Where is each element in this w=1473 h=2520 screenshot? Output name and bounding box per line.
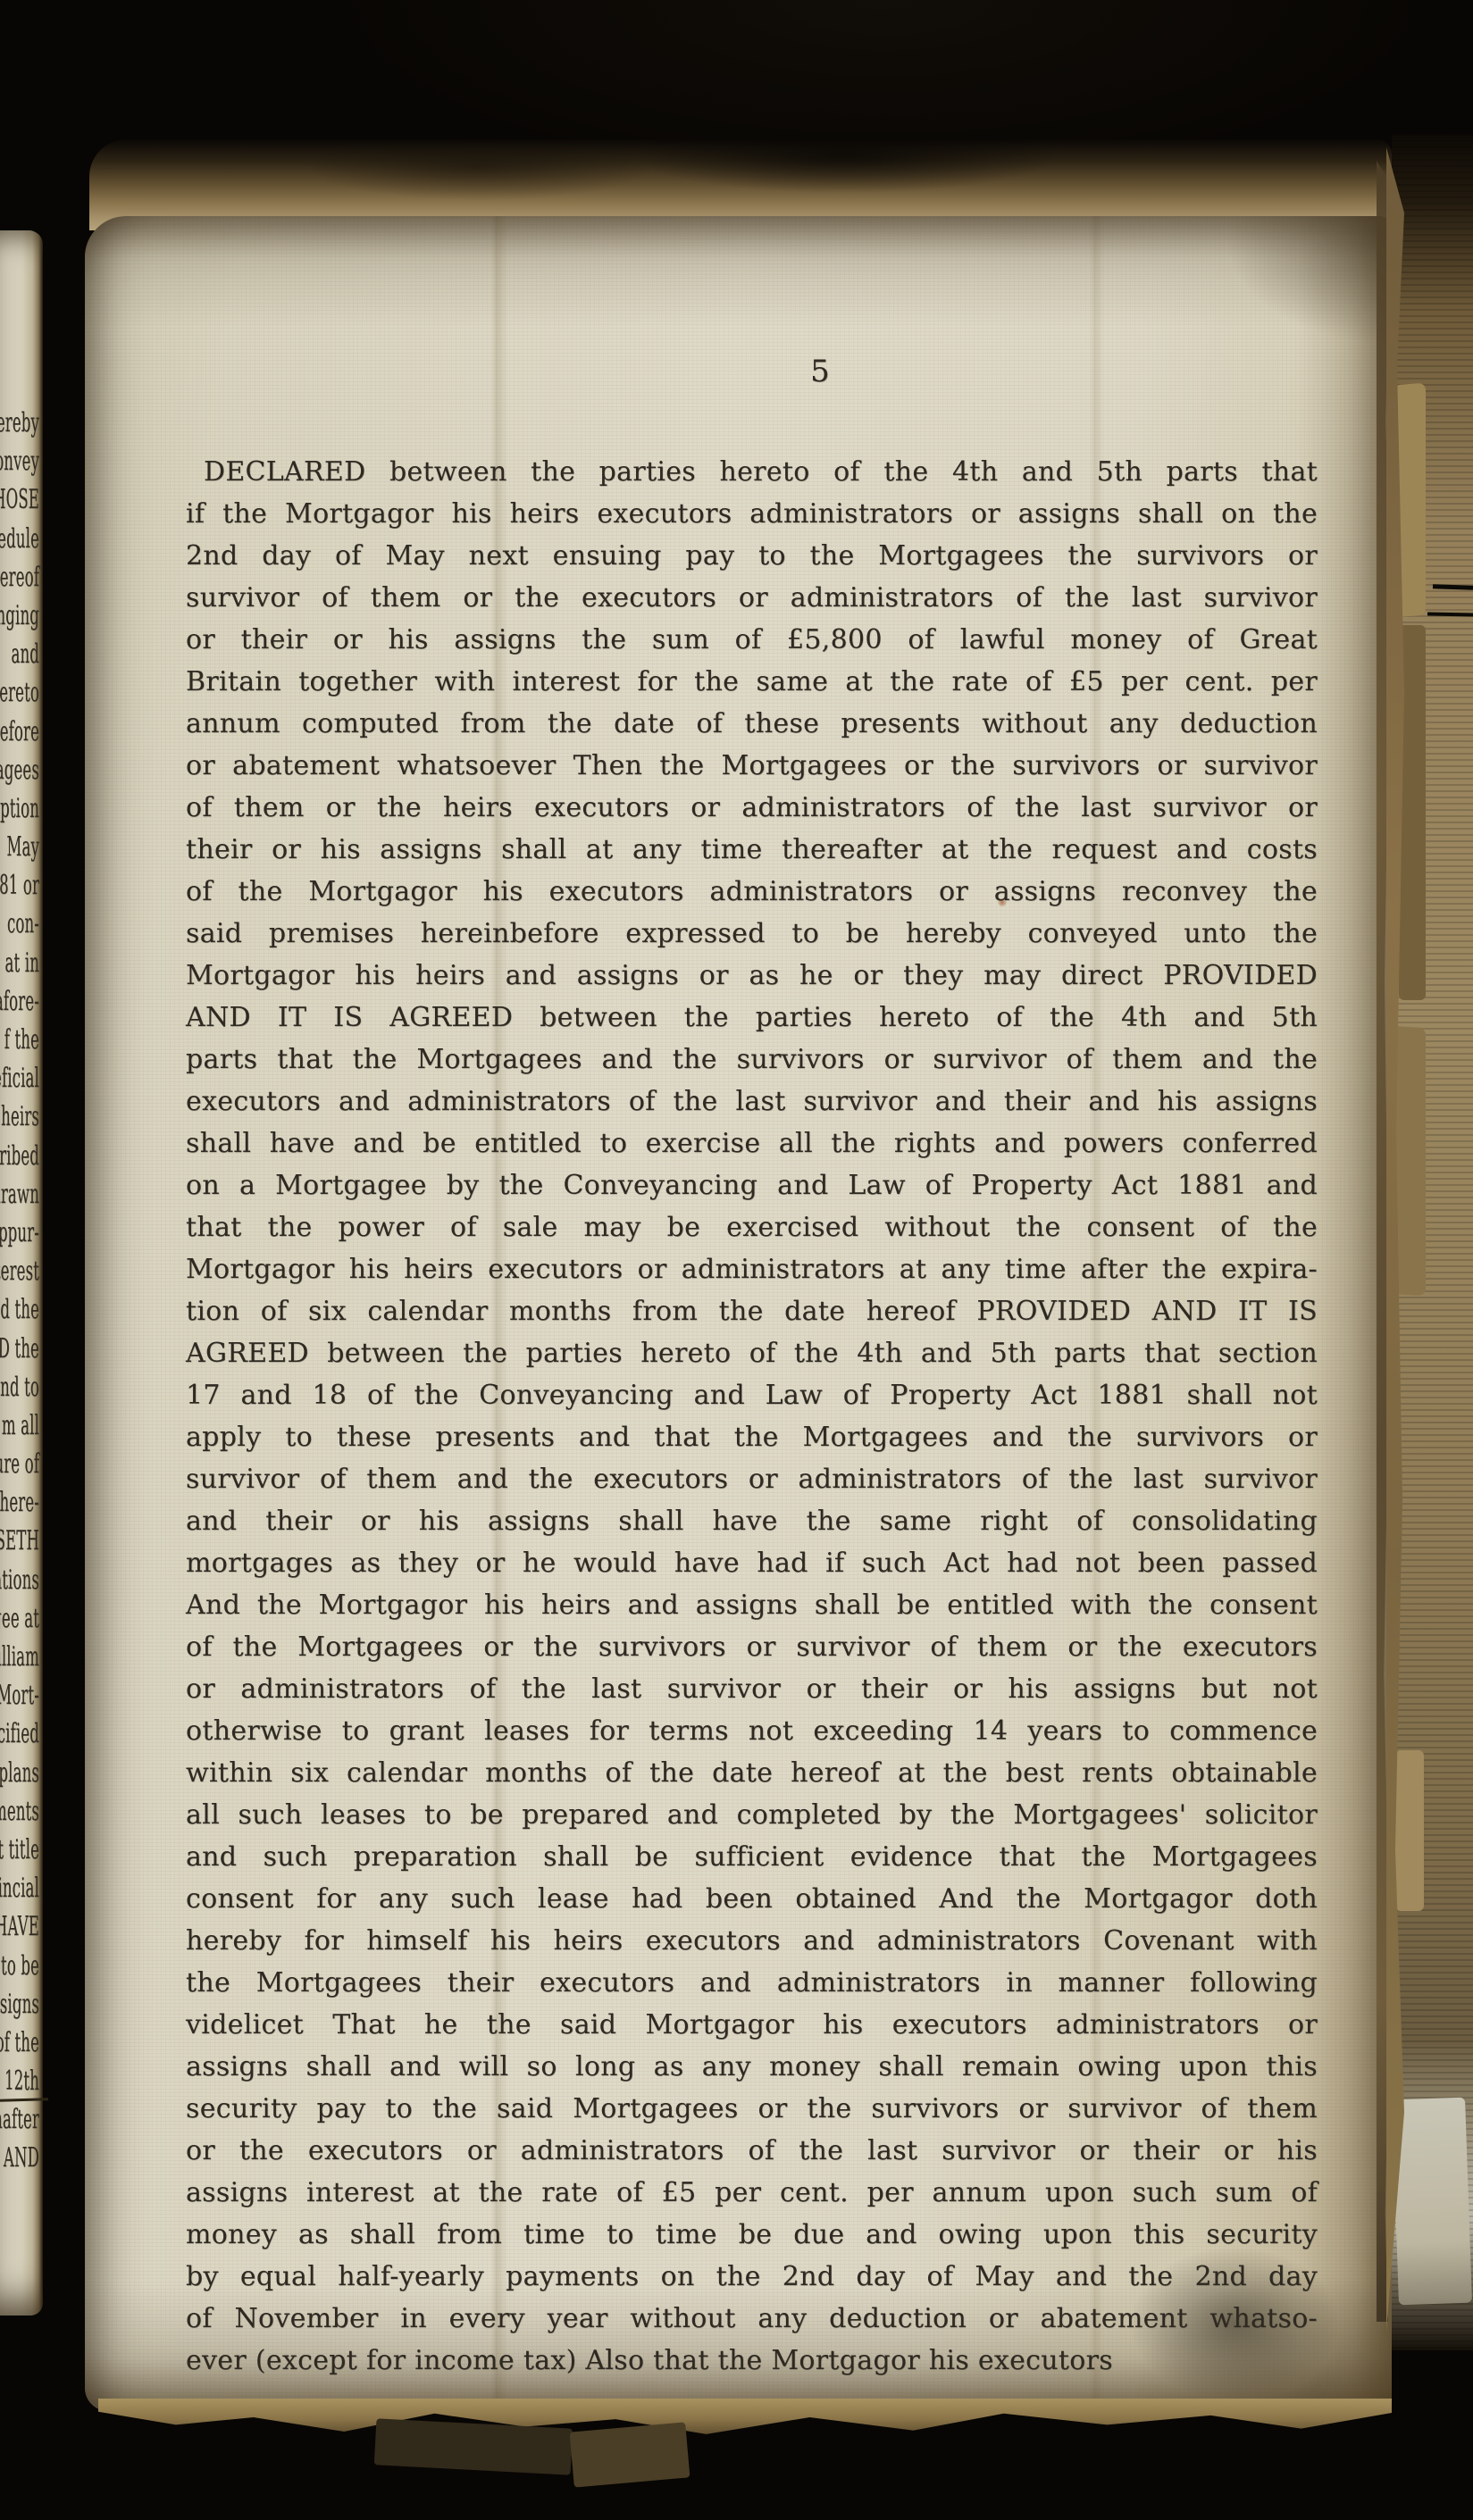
text-fragment-line: gee at [0,1599,39,1638]
text-line: or abatement whatsoever Then the Mortgag… [186,745,1318,787]
text-fragment-line: of the [0,2024,39,2062]
torn-paper-flap [374,2418,573,2474]
text-line: if the Mortgagor his heirs executors adm… [186,493,1318,535]
text-line: AGREED between the parties hereto of the… [186,1332,1318,1374]
text-line: consent for any such lease had been obta… [186,1878,1318,1920]
text-line: the Mortgagees their executors and admin… [186,1962,1318,2004]
text-line: AND IT IS AGREED between the parties her… [186,997,1318,1039]
text-fragment-line: eficial [0,1059,39,1097]
text-line: and their or his assigns shall have the … [186,1500,1318,1542]
text-line: or their or his assigns the sum of £5,80… [186,619,1318,661]
text-fragment-line: D the [0,1330,39,1368]
page-number: 5 [793,354,847,389]
text-fragment-line: SETH [0,1522,39,1560]
text-fragment-line: con- [0,905,39,943]
text-fragment-line: HOSE [0,480,39,519]
text-line: of the Mortgagees or the survivors or su… [186,1626,1318,1668]
text-line: apply to these presents and that the Mor… [186,1416,1318,1458]
text-fragment-line: heirs [0,1097,39,1136]
text-line: 17 and 18 of the Conveyancing and Law of… [186,1374,1318,1416]
text-line: all such leases to be prepared and compl… [186,1794,1318,1836]
text-line: videlicet That he the said Mortgagor his… [186,2004,1318,2046]
text-fragment-line: e plans [0,1754,39,1792]
text-line: executors and administrators of the last… [186,1081,1318,1122]
text-fragment-line: here- [0,1483,39,1522]
text-fragment-line: ption [0,789,39,828]
text-fragment-line: to be [0,1947,39,1985]
torn-paper-flap [570,2422,690,2487]
book-photograph: erebyonveyHOSEeduleereofnginganderetoefo… [0,0,1473,2520]
text-line: Mortgagor his heirs and assigns or as he… [186,955,1318,997]
text-line: shall have and be entitled to exercise a… [186,1122,1318,1164]
text-fragment-line: at in [0,944,39,982]
text-fragment-line: onvey [0,442,39,480]
text-fragment-line: ereby [0,404,39,442]
text-line: annum computed from the date of these pr… [186,703,1318,745]
text-line: DECLARED between the parties hereto of t… [186,451,1318,493]
text-fragment-line: HAVE [0,1907,39,1946]
text-fragment-line: afore- [0,982,39,1021]
text-line: on a Mortgagee by the Conveyancing and L… [186,1164,1318,1206]
text-line: and such preparation shall be sufficient… [186,1836,1318,1878]
text-line: said premises hereinbefore expressed to … [186,913,1318,955]
text-fragment-line: assigns [0,1985,39,2024]
text-fragment-line: illiam [0,1638,39,1676]
text-line: assigns interest at the rate of £5 per c… [186,2172,1318,2214]
text-fragment-line: 81 or [0,866,39,905]
text-line: ever (except for income tax) Also that t… [186,2340,1318,2382]
text-line: otherwise to grant leases for terms not … [186,1710,1318,1752]
text-line: Britain together with interest for the s… [186,661,1318,703]
torn-paper-flap [1395,1750,1424,1911]
text-line: that the power of sale may be exercised … [186,1206,1318,1248]
text-fragment-line: ereof [0,558,39,597]
text-line: 2nd day of May next ensuing pay to the M… [186,535,1318,577]
text-line: of the Mortgagor his executors administr… [186,871,1318,913]
text-fragment-line: and [0,635,39,673]
text-fragment-line: t title [0,1831,39,1869]
text-line: their or his assigns shall at any time t… [186,829,1318,871]
text-line: hereby for himself his heirs executors a… [186,1920,1318,1962]
text-line: And the Mortgagor his heirs and assigns … [186,1584,1318,1626]
text-line: within six calendar months of the date h… [186,1752,1318,1794]
text-line: or administrators of the last survivor o… [186,1668,1318,1710]
facing-page-text-fragments: erebyonveyHOSEeduleereofnginganderetoefo… [0,404,39,2178]
text-fragment-line: ations [0,1561,39,1599]
ink-dash-mark [1427,613,1473,617]
text-fragment-line: e 12th [0,2062,39,2100]
text-line: Mortgagor his heirs executors or adminis… [186,1248,1318,1290]
text-line: survivor of them and the executors or ad… [186,1458,1318,1500]
text-fragment-line: ure of [0,1445,39,1483]
text-line: by equal half-yearly payments on the 2nd… [186,2256,1318,2298]
text-fragment-line: Mort- [0,1676,39,1715]
text-fragment-line: nd to [0,1368,39,1406]
text-fragment-line: terest [0,1252,39,1290]
text-line: mortgages as they or he would have had i… [186,1542,1318,1584]
text-fragment-line: inafter [0,2100,39,2139]
torn-bottom-edge [98,2399,1392,2436]
text-fragment-line: d the [0,1290,39,1329]
text-line: of November in every year without any de… [186,2298,1318,2340]
text-fragment-line: agees [0,751,39,789]
text-fragment-line: ppur- [0,1214,39,1252]
text-fragment-line: m all [0,1406,39,1445]
underlying-page-peek [1392,2098,1472,2306]
page-body-text: DECLARED between the parties hereto of t… [186,451,1318,2382]
text-fragment-line: f the [0,1021,39,1059]
text-fragment-line: ements [0,1792,39,1831]
text-fragment-line: May [0,828,39,866]
text-line: or the executors or administrators of th… [186,2130,1318,2172]
text-fragment-line: ereto [0,673,39,712]
text-line: of them or the heirs executors or admini… [186,787,1318,829]
text-fragment-line: vincial [0,1869,39,1907]
text-fragment-line: efore [0,713,39,751]
text-fragment-line: ecified [0,1715,39,1753]
text-line: assigns shall and will so long as any mo… [186,2046,1318,2088]
text-line: security pay to the said Mortgagees or t… [186,2088,1318,2130]
text-fragment-line: ribed [0,1137,39,1175]
text-fragment-line: O AND [0,2139,39,2177]
text-fragment-line: edule [0,520,39,558]
text-line: money as shall from time to time be due … [186,2214,1318,2256]
text-fragment-line: drawn [0,1175,39,1214]
text-line: survivor of them or the executors or adm… [186,577,1318,619]
text-fragment-line: nging [0,597,39,635]
text-line: parts that the Mortgagees and the surviv… [186,1039,1318,1081]
text-line: tion of six calendar months from the dat… [186,1290,1318,1332]
